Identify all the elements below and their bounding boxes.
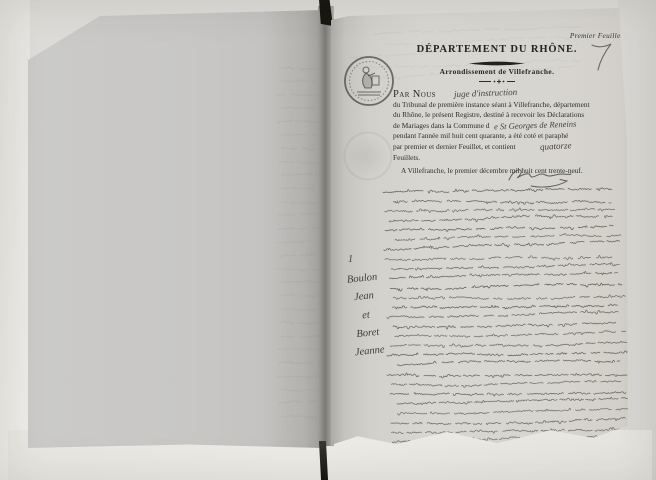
department-title: DÉPARTEMENT DU RHÔNE. [367, 44, 627, 55]
embossed-seal-icon [344, 132, 392, 180]
handwritten-act-body [379, 180, 638, 452]
arrondissement-subtitle: Arrondissement de Villefranche. [367, 67, 627, 76]
preamble-line-3: du Rhône, le présent Registre, destiné à… [393, 110, 627, 120]
handwritten-insert-commune: e St Georges de Reneins [494, 119, 577, 132]
preamble-line-5: pendant l'année mil huit cent quarante, … [393, 131, 627, 141]
book-scan: Premier Feuillet. DÉPARTEMENT DU RHÔNE. … [0, 0, 656, 480]
act-number: 1 [348, 254, 353, 265]
swelled-rule [469, 61, 525, 66]
typographic-ornament [479, 78, 515, 85]
preamble-line-2: du Tribunal de première instance séant à… [393, 100, 627, 110]
preamble-line-1: Par Nousjuge d'instruction [393, 89, 627, 100]
par-nous-text: Par Nous [393, 89, 436, 100]
background-left-strip [0, 0, 30, 480]
preamble-line-7: Feuillets. [393, 153, 627, 163]
left-blank-page [28, 10, 322, 448]
tribunal-seal-stamp-icon [343, 54, 395, 108]
register-first-leaf-page: Premier Feuillet. DÉPARTEMENT DU RHÔNE. … [331, 8, 628, 445]
preamble-line-4: de Mariages dans la Commune de St George… [393, 120, 627, 131]
handwritten-insert-quatorze: quatorze [539, 141, 571, 153]
handwritten-insert-judge: juge d'instruction [454, 87, 517, 99]
preamble-line-6: par premier et dernier Feuillet, et cont… [393, 141, 627, 152]
